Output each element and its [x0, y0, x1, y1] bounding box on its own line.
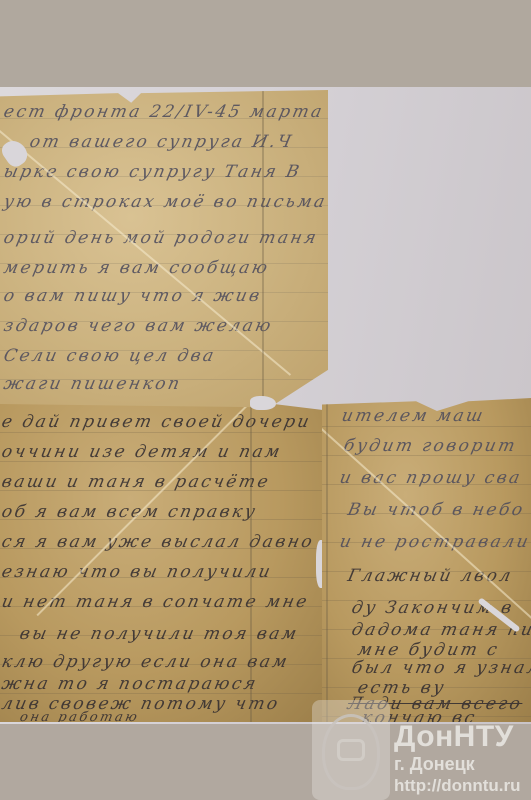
- letter-line: о вам пишу что я жив: [2, 286, 264, 306]
- tear-hole: [250, 396, 276, 410]
- vertical-fold: [326, 398, 328, 722]
- letter-line: жаги пишенкоп: [2, 374, 184, 394]
- letter-line: мне будит с: [356, 640, 502, 660]
- letter-line: орий день мой родоги таня: [2, 228, 320, 248]
- emblem-center-mark: [337, 739, 365, 761]
- letter-line: езнаю что вы получили: [0, 562, 274, 582]
- letter-line: от вашего супруга И.Ч: [28, 132, 296, 152]
- letter-line: ваши и таня в расчёте: [0, 472, 272, 492]
- letter-line: Сели свою цел два: [2, 346, 218, 366]
- letter-line: ся я вам уже выслал давно: [0, 532, 316, 552]
- university-emblem-icon: [322, 714, 380, 790]
- letter-line: будит говорит: [342, 436, 519, 456]
- letter-line: ую в строках моё во письма: [2, 192, 328, 212]
- watermark: ДонНТУ г. Донецк http://donntu.ru: [312, 700, 531, 800]
- letter-line: ителем маш: [340, 406, 487, 426]
- letter-top-piece: ест фронта 22/IV-45 марта от вашего супр…: [0, 90, 328, 408]
- watermark-badge: [312, 700, 390, 800]
- letter-bottom-right-piece: ителем маш будит говорит и вас прошу сва…: [322, 398, 531, 722]
- letter-line: мерить я вам сообщаю: [2, 258, 272, 278]
- letter-line: ест фронта 22/IV-45 марта: [2, 102, 326, 122]
- watermark-url: http://donntu.ru: [394, 776, 521, 796]
- letter-line: и нет таня в сопчате мне: [0, 592, 311, 612]
- letter-line: вы не получили тоя вам: [18, 624, 301, 644]
- letter-bottom-left-piece: е дай привет своей дочери оччини изе дет…: [0, 404, 326, 722]
- watermark-title: ДонНТУ: [394, 720, 514, 754]
- letter-line: об я вам всем справку: [0, 502, 259, 522]
- letter-line: был что я узнал: [350, 658, 531, 678]
- background-top-band: [0, 0, 531, 87]
- letter-line: и не ростравали: [338, 532, 531, 552]
- letter-line: она работаю: [18, 710, 140, 722]
- letter-line: клю другую если она вам: [0, 652, 291, 672]
- vertical-fold: [250, 404, 252, 722]
- letter-line: е дай привет своей дочери: [0, 412, 313, 432]
- watermark-city: г. Донецк: [394, 754, 475, 775]
- letter-line: оччини изе детям и пам: [0, 442, 284, 462]
- letter-line: жна то я постараюся: [0, 674, 260, 694]
- vertical-fold: [262, 90, 264, 408]
- letter-line: Вы чтоб в небо: [346, 500, 527, 520]
- letter-line: Глажный лвол: [346, 566, 515, 586]
